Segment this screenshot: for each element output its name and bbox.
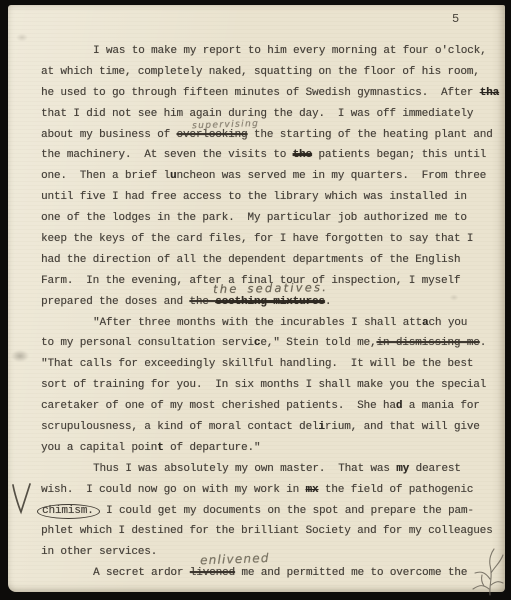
typed-line: you a capital point of departure." bbox=[41, 438, 487, 459]
typed-line: one of the lodges in the park. My partic… bbox=[41, 208, 487, 229]
typed-line: I was to make my report to him every mor… bbox=[41, 41, 487, 62]
typed-text: one. Then a brief l bbox=[41, 170, 170, 182]
typed-text: at which time, completely naked, squatti… bbox=[41, 66, 480, 78]
typed-text: wish. I could now go on with my work in bbox=[41, 484, 306, 496]
typed-line: prepared the doses and the soothing mixt… bbox=[41, 292, 487, 313]
typed-text: the machinery. At seven the visits to bbox=[41, 149, 293, 161]
page-number: 5 bbox=[452, 12, 459, 26]
ink-smudge bbox=[14, 32, 30, 43]
typed-text: of departure." bbox=[164, 442, 261, 454]
typed-line: phlet which I destined for the brilliant… bbox=[41, 521, 487, 542]
typed-text: ch you bbox=[428, 317, 467, 329]
strike-text: the bbox=[189, 296, 215, 308]
manuscript-page: 5 I was to make my report to him every m… bbox=[8, 5, 505, 592]
typed-line: had the direction of all the dependent d… bbox=[41, 250, 487, 271]
typed-text: prepared the doses and bbox=[41, 296, 189, 308]
typed-text: that I did not see him again during the … bbox=[41, 108, 473, 120]
typed-line: that I did not see him again during the … bbox=[41, 104, 487, 125]
typed-text: "After three months with the incurables … bbox=[93, 317, 422, 329]
typed-line: wish. I could now go on with my work in … bbox=[41, 480, 487, 501]
typed-text: A secret ardor bbox=[93, 567, 190, 579]
corner-scribble bbox=[460, 545, 506, 597]
typed-line: chimism. I could get my documents on the… bbox=[41, 501, 487, 522]
typed-text: dearest bbox=[409, 463, 461, 475]
strike-text: overlooking bbox=[176, 129, 247, 141]
typed-line: scrupulousness, a kind of moral contact … bbox=[41, 417, 487, 438]
typed-text: phlet which I destined for the brilliant… bbox=[41, 525, 493, 537]
typed-line: until five I had free access to the libr… bbox=[41, 187, 487, 208]
circled-text: chimism. bbox=[37, 504, 100, 519]
ink-smudge bbox=[8, 348, 32, 364]
typed-text: e," Stein told me, bbox=[260, 337, 376, 349]
typed-text: he used to go through fifteen minutes of… bbox=[41, 87, 480, 99]
typed-text: rium, and that will give bbox=[325, 421, 480, 433]
typed-line: he used to go through fifteen minutes of… bbox=[41, 83, 487, 104]
typed-text: a mania for bbox=[402, 400, 479, 412]
typed-text: ncheon was served me in my quarters. Fro… bbox=[176, 170, 486, 182]
ot-text: my bbox=[396, 463, 409, 475]
typed-text: you a capital poin bbox=[41, 442, 157, 454]
typed-line: "After three months with the incurables … bbox=[41, 313, 487, 334]
typed-line: caretaker of one of my most cherished pa… bbox=[41, 396, 487, 417]
strike-text: livened bbox=[190, 567, 235, 579]
typed-line: "That calls for exceedingly skillful han… bbox=[41, 354, 487, 375]
typed-text: in other services. bbox=[41, 546, 157, 558]
typed-line: Farm. In the evening, after a final tour… bbox=[41, 271, 487, 292]
hstrike-text: soothing mixtures bbox=[215, 296, 325, 308]
hstrike-text: the bbox=[293, 149, 312, 161]
typed-text: me and permitted me to overcome the bbox=[235, 567, 467, 579]
typed-text-block: I was to make my report to him every mor… bbox=[41, 41, 487, 584]
typed-line: in other services. bbox=[41, 542, 487, 563]
typed-text: scrupulousness, a kind of moral contact … bbox=[41, 421, 318, 433]
typed-line: to my personal consultation service," St… bbox=[41, 333, 487, 354]
typed-line: keep the keys of the card files, for I h… bbox=[41, 229, 487, 250]
otx-text: mx bbox=[306, 484, 319, 496]
typed-text: the field of pathogenic bbox=[318, 484, 473, 496]
typed-text: "That calls for exceedingly skillful han… bbox=[41, 358, 473, 370]
typed-text: to my personal consultation servi bbox=[41, 337, 254, 349]
typed-text: sort of training for you. In six months … bbox=[41, 379, 486, 391]
edited-phrase: overlookingsupervising bbox=[176, 125, 247, 146]
typed-text: had the direction of all the dependent d… bbox=[41, 254, 460, 266]
typed-line: at which time, completely naked, squatti… bbox=[41, 62, 487, 83]
typed-text: until five I had free access to the libr… bbox=[41, 191, 467, 203]
typed-text: patients began; this until bbox=[312, 149, 486, 161]
typed-line: about my business of overlookingsupervis… bbox=[41, 125, 487, 146]
edited-phrase: soothing mixturesthe sedatives. bbox=[215, 292, 325, 313]
typed-text: I could get my documents on the spot and… bbox=[100, 505, 474, 517]
typed-text: . bbox=[325, 296, 331, 308]
typed-line: A secret ardor livenedenlivened me and p… bbox=[41, 563, 487, 584]
typed-line: sort of training for you. In six months … bbox=[41, 375, 487, 396]
typed-text: . bbox=[480, 337, 486, 349]
typed-text: I was to make my report to him every mor… bbox=[93, 45, 487, 57]
margin-checkmark bbox=[10, 481, 34, 517]
typed-line: the machinery. At seven the visits to th… bbox=[41, 145, 487, 166]
typed-text: keep the keys of the card files, for I h… bbox=[41, 233, 473, 245]
typed-text: the starting of the heating plant and bbox=[247, 129, 492, 141]
typed-line: Thus I was absolutely my own master. Tha… bbox=[41, 459, 487, 480]
typed-text: one of the lodges in the park. My partic… bbox=[41, 212, 467, 224]
edited-phrase: livenedenlivened bbox=[190, 563, 235, 584]
otx-text: tha bbox=[480, 87, 499, 99]
typed-text: Farm. In the evening, after a final tour… bbox=[41, 275, 460, 287]
photographed-manuscript: 5 I was to make my report to him every m… bbox=[0, 0, 511, 600]
typed-text: Thus I was absolutely my own master. Tha… bbox=[93, 463, 396, 475]
typed-line: one. Then a brief luncheon was served me… bbox=[41, 166, 487, 187]
typed-text: about my business of bbox=[41, 129, 176, 141]
strike-text: in dismissing me bbox=[376, 337, 479, 349]
typed-text: caretaker of one of my most cherished pa… bbox=[41, 400, 396, 412]
